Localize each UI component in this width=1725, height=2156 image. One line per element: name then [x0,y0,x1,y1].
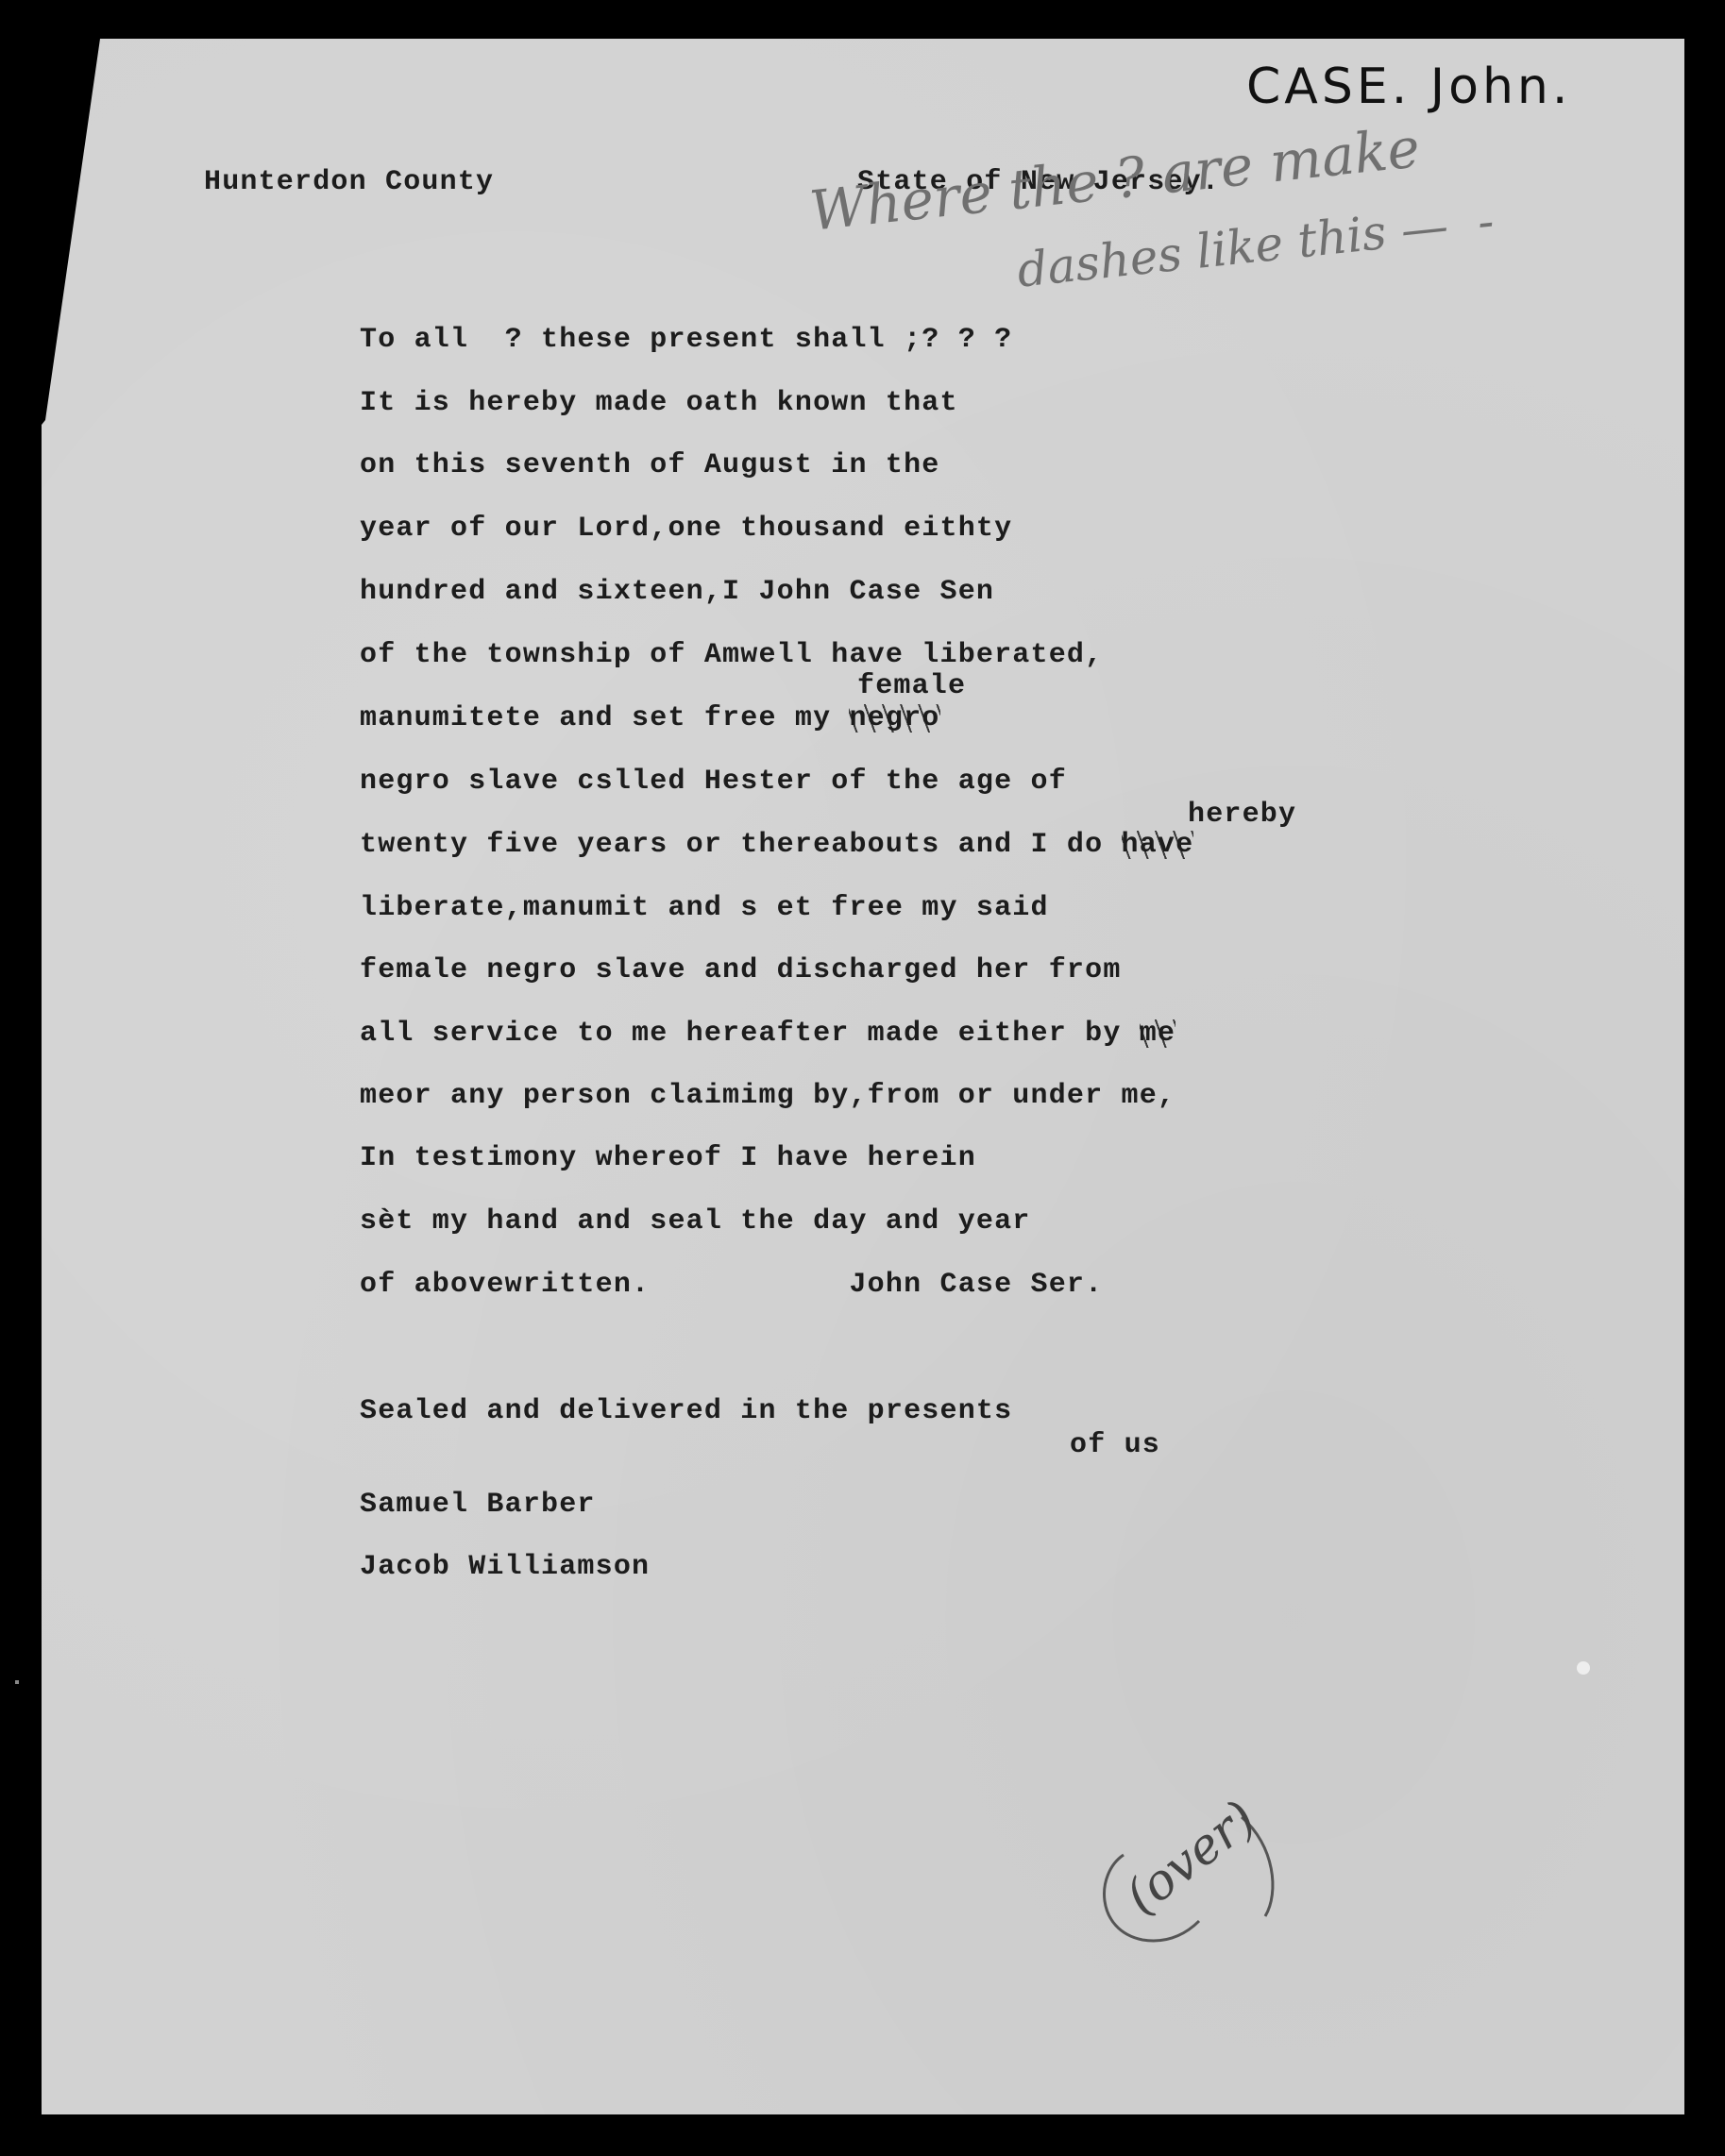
body-line: In testimony whereof I have herein [360,1144,976,1172]
body-line: female negro slave and discharged her fr… [360,956,1122,985]
body-line: sèt my hand and seal the day and year [360,1207,1031,1236]
insertion-hereby: hereby [1188,800,1296,829]
paper-speck [1577,1661,1590,1675]
svg-text:(over): (over) [1115,1798,1267,1926]
struck-line-suffix: manumitete and set free my negro [360,704,940,733]
struck-word: me [1140,1019,1175,1048]
over-annotation: (over) [1086,1798,1303,1959]
body-line: on this seventh of August in the [360,451,940,480]
over-circle-icon: (over) [1086,1798,1303,1959]
body-line: hundred and sixteen,I John Case Sen [360,578,994,606]
witness-intro: Sealed and delivered in the presents [360,1397,1012,1425]
body-line: year of our Lord,one thousand eithty [360,514,1012,543]
body-line: of abovewritten. John Case Ser. [360,1271,1103,1299]
witness-intro-cont: of us [1070,1431,1160,1459]
struck-word: negro [849,704,939,733]
struck-line-suffix: twenty five years or thereabouts and I d… [360,831,1193,859]
body-line: It is hereby made oath known that [360,389,958,417]
witness-name: Jacob Williamson [360,1553,650,1581]
body-line: To all ? these present shall ;? ? ? [360,326,1012,354]
film-dot [15,1680,19,1684]
struck-word: have [1122,831,1194,859]
county-heading: Hunterdon County [204,168,494,196]
body-line: negro slave cslled Hester of the age of [360,767,1067,796]
insertion-female: female [857,672,966,700]
body-line: meor any person claimimg by,from or unde… [360,1082,1175,1110]
body-line: of the township of Amwell have liberated… [360,641,1103,669]
file-label: CASE. John. [1246,59,1571,115]
witness-name: Samuel Barber [360,1491,596,1519]
body-line: liberate,manumit and s et free my said [360,894,1049,922]
struck-line-suffix: all service to me hereafter made either … [360,1019,1175,1048]
